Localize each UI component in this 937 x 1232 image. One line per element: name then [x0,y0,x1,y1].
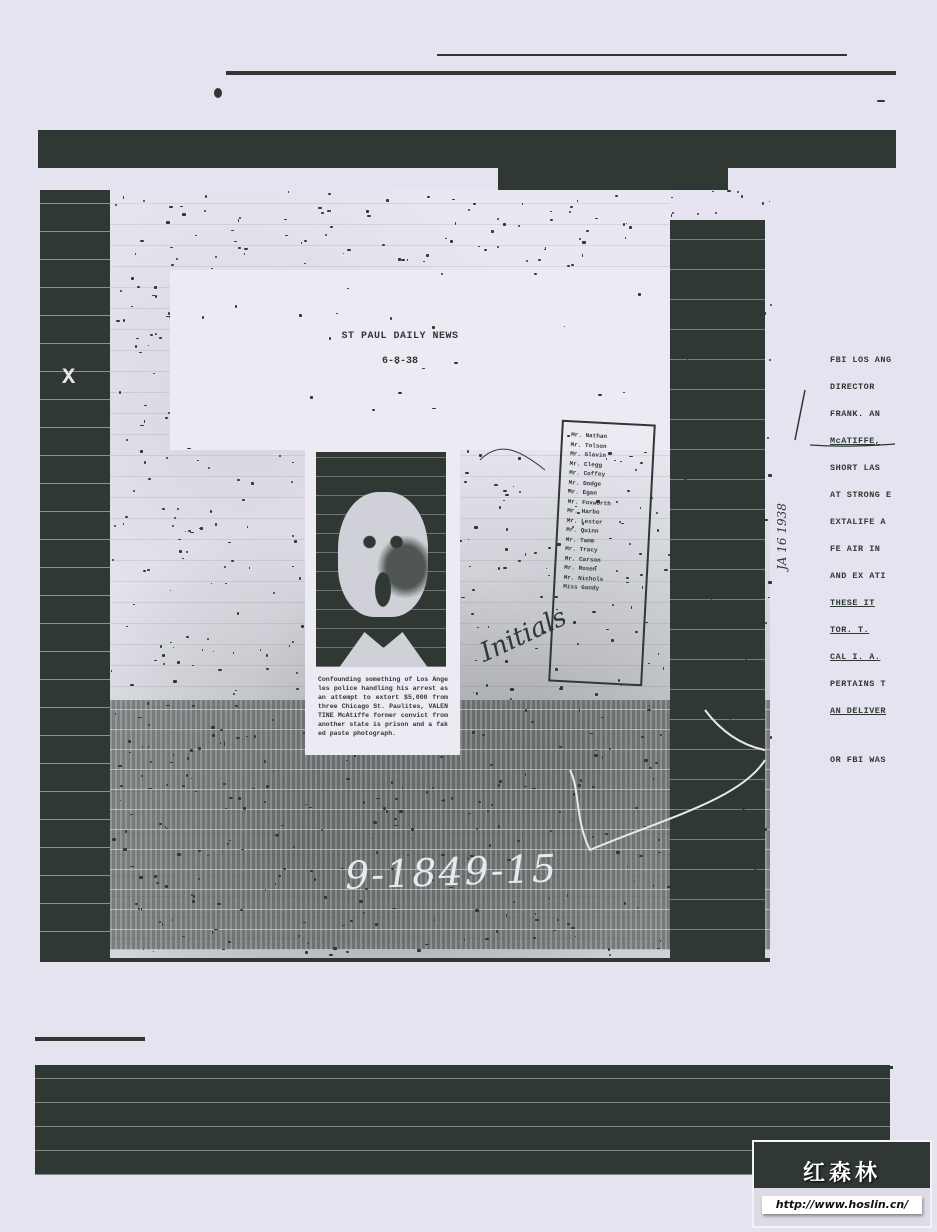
right-fragment-line: AND EX ATI [830,571,910,598]
right-fragment-line: TOR. T. [830,625,910,652]
watermark-url: http://www.hoslin.cn/ [762,1196,922,1214]
lower-rule-left-1 [35,1037,145,1041]
right-fragment-line: DIRECTOR [830,382,910,409]
right-page-fragment: FBI LOS ANGDIRECTORFRANK. ANMcATIFFE,SHO… [830,355,910,782]
right-fragment-line: FBI LOS ANG [830,355,910,382]
right-fragment-line: AN DELIVER [830,706,910,733]
site-watermark: 红森林 http://www.hoslin.cn/ [752,1140,932,1228]
right-fragment-line: EXTALIFE A [830,517,910,544]
right-fragment-line: PERTAINS T [830,679,910,706]
right-fragment-line: THESE IT [830,598,910,625]
right-fragment-line: McATIFFE, [830,436,910,463]
right-fragment-line: FE AIR IN [830,544,910,571]
right-fragment-line: CAL I. A. [830,652,910,679]
watermark-title: 红森林 [754,1156,930,1187]
right-fragment-line: AT STRONG E [830,490,910,517]
right-fragment-line: FRANK. AN [830,409,910,436]
right-fragment-line: SHORT LAS [830,463,910,490]
right-fragment-line: OR FBI WAS [830,755,910,782]
lower-rule-under-page [40,958,770,962]
pen-strokes [0,0,937,1232]
